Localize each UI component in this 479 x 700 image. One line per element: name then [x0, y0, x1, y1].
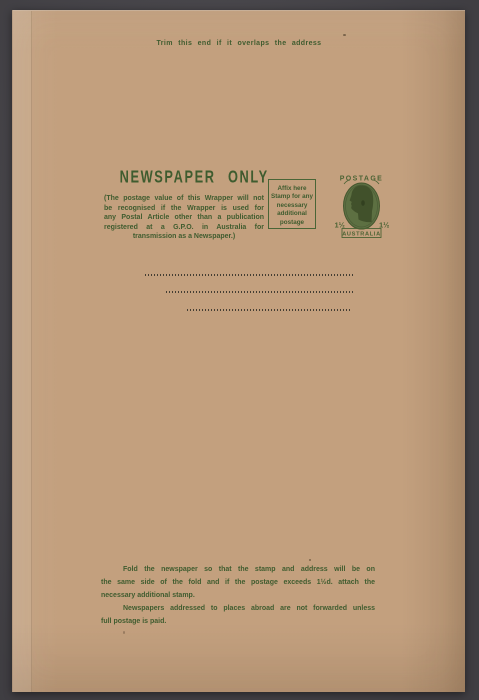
conditions-line: be recognised if the Wrapper is used for — [104, 204, 264, 214]
wrapper-flap-edge — [13, 11, 32, 692]
fold-instructions-line: the same side of the fold and if the pos… — [101, 576, 375, 589]
conditions-line: any Postal Article other than a publicat… — [104, 213, 264, 223]
affix-box-line: Affix here — [269, 185, 315, 193]
conditions-line: registered at a G.P.O. in Australia for — [104, 223, 264, 233]
wrapper-heading: NEWSPAPER ONLY — [101, 168, 267, 186]
conditions-line: transmission as a Newspaper.) — [104, 232, 264, 242]
fold-instructions: Fold the newspaper so that the stamp and… — [101, 563, 375, 628]
paper-speck — [242, 173, 244, 175]
stamp-country-label: AUSTRALIA — [342, 231, 381, 237]
fold-instructions-line: Fold the newspaper so that the stamp and… — [101, 563, 375, 576]
fold-instructions-line: necessary additional stamp. — [101, 589, 375, 602]
paper-speck — [123, 631, 125, 634]
newspaper-wrapper: Trim this end if it overlaps the address… — [12, 10, 465, 692]
paper-speck — [343, 34, 346, 36]
postage-stamp: POSTAGE 1½ 1½ AUSTRALIA — [334, 171, 389, 238]
affix-box-line: additional — [269, 210, 315, 218]
affix-box-line: Stamp for any — [269, 193, 315, 201]
affix-box-line: necessary — [269, 202, 315, 210]
stamp-portrait-ear — [361, 200, 365, 206]
affix-box-line: postage — [269, 219, 315, 227]
address-line — [166, 291, 354, 293]
abroad-note-line: Newspapers addressed to places abroad ar… — [101, 602, 375, 615]
postage-conditions: (The postage value of this Wrapper will … — [104, 194, 264, 242]
conditions-line: (The postage value of this Wrapper will … — [104, 194, 264, 204]
address-line — [187, 309, 352, 311]
trim-note: Trim this end if it overlaps the address — [13, 40, 465, 47]
affix-stamp-box: Affix here Stamp for any necessary addit… — [268, 179, 316, 229]
wrapper-heading-text: NEWSPAPER ONLY — [120, 168, 269, 188]
abroad-note-line: full postage is paid. — [101, 615, 375, 628]
address-line — [145, 274, 353, 276]
paper-speck — [309, 559, 311, 561]
scan-background: Trim this end if it overlaps the address… — [0, 0, 479, 700]
